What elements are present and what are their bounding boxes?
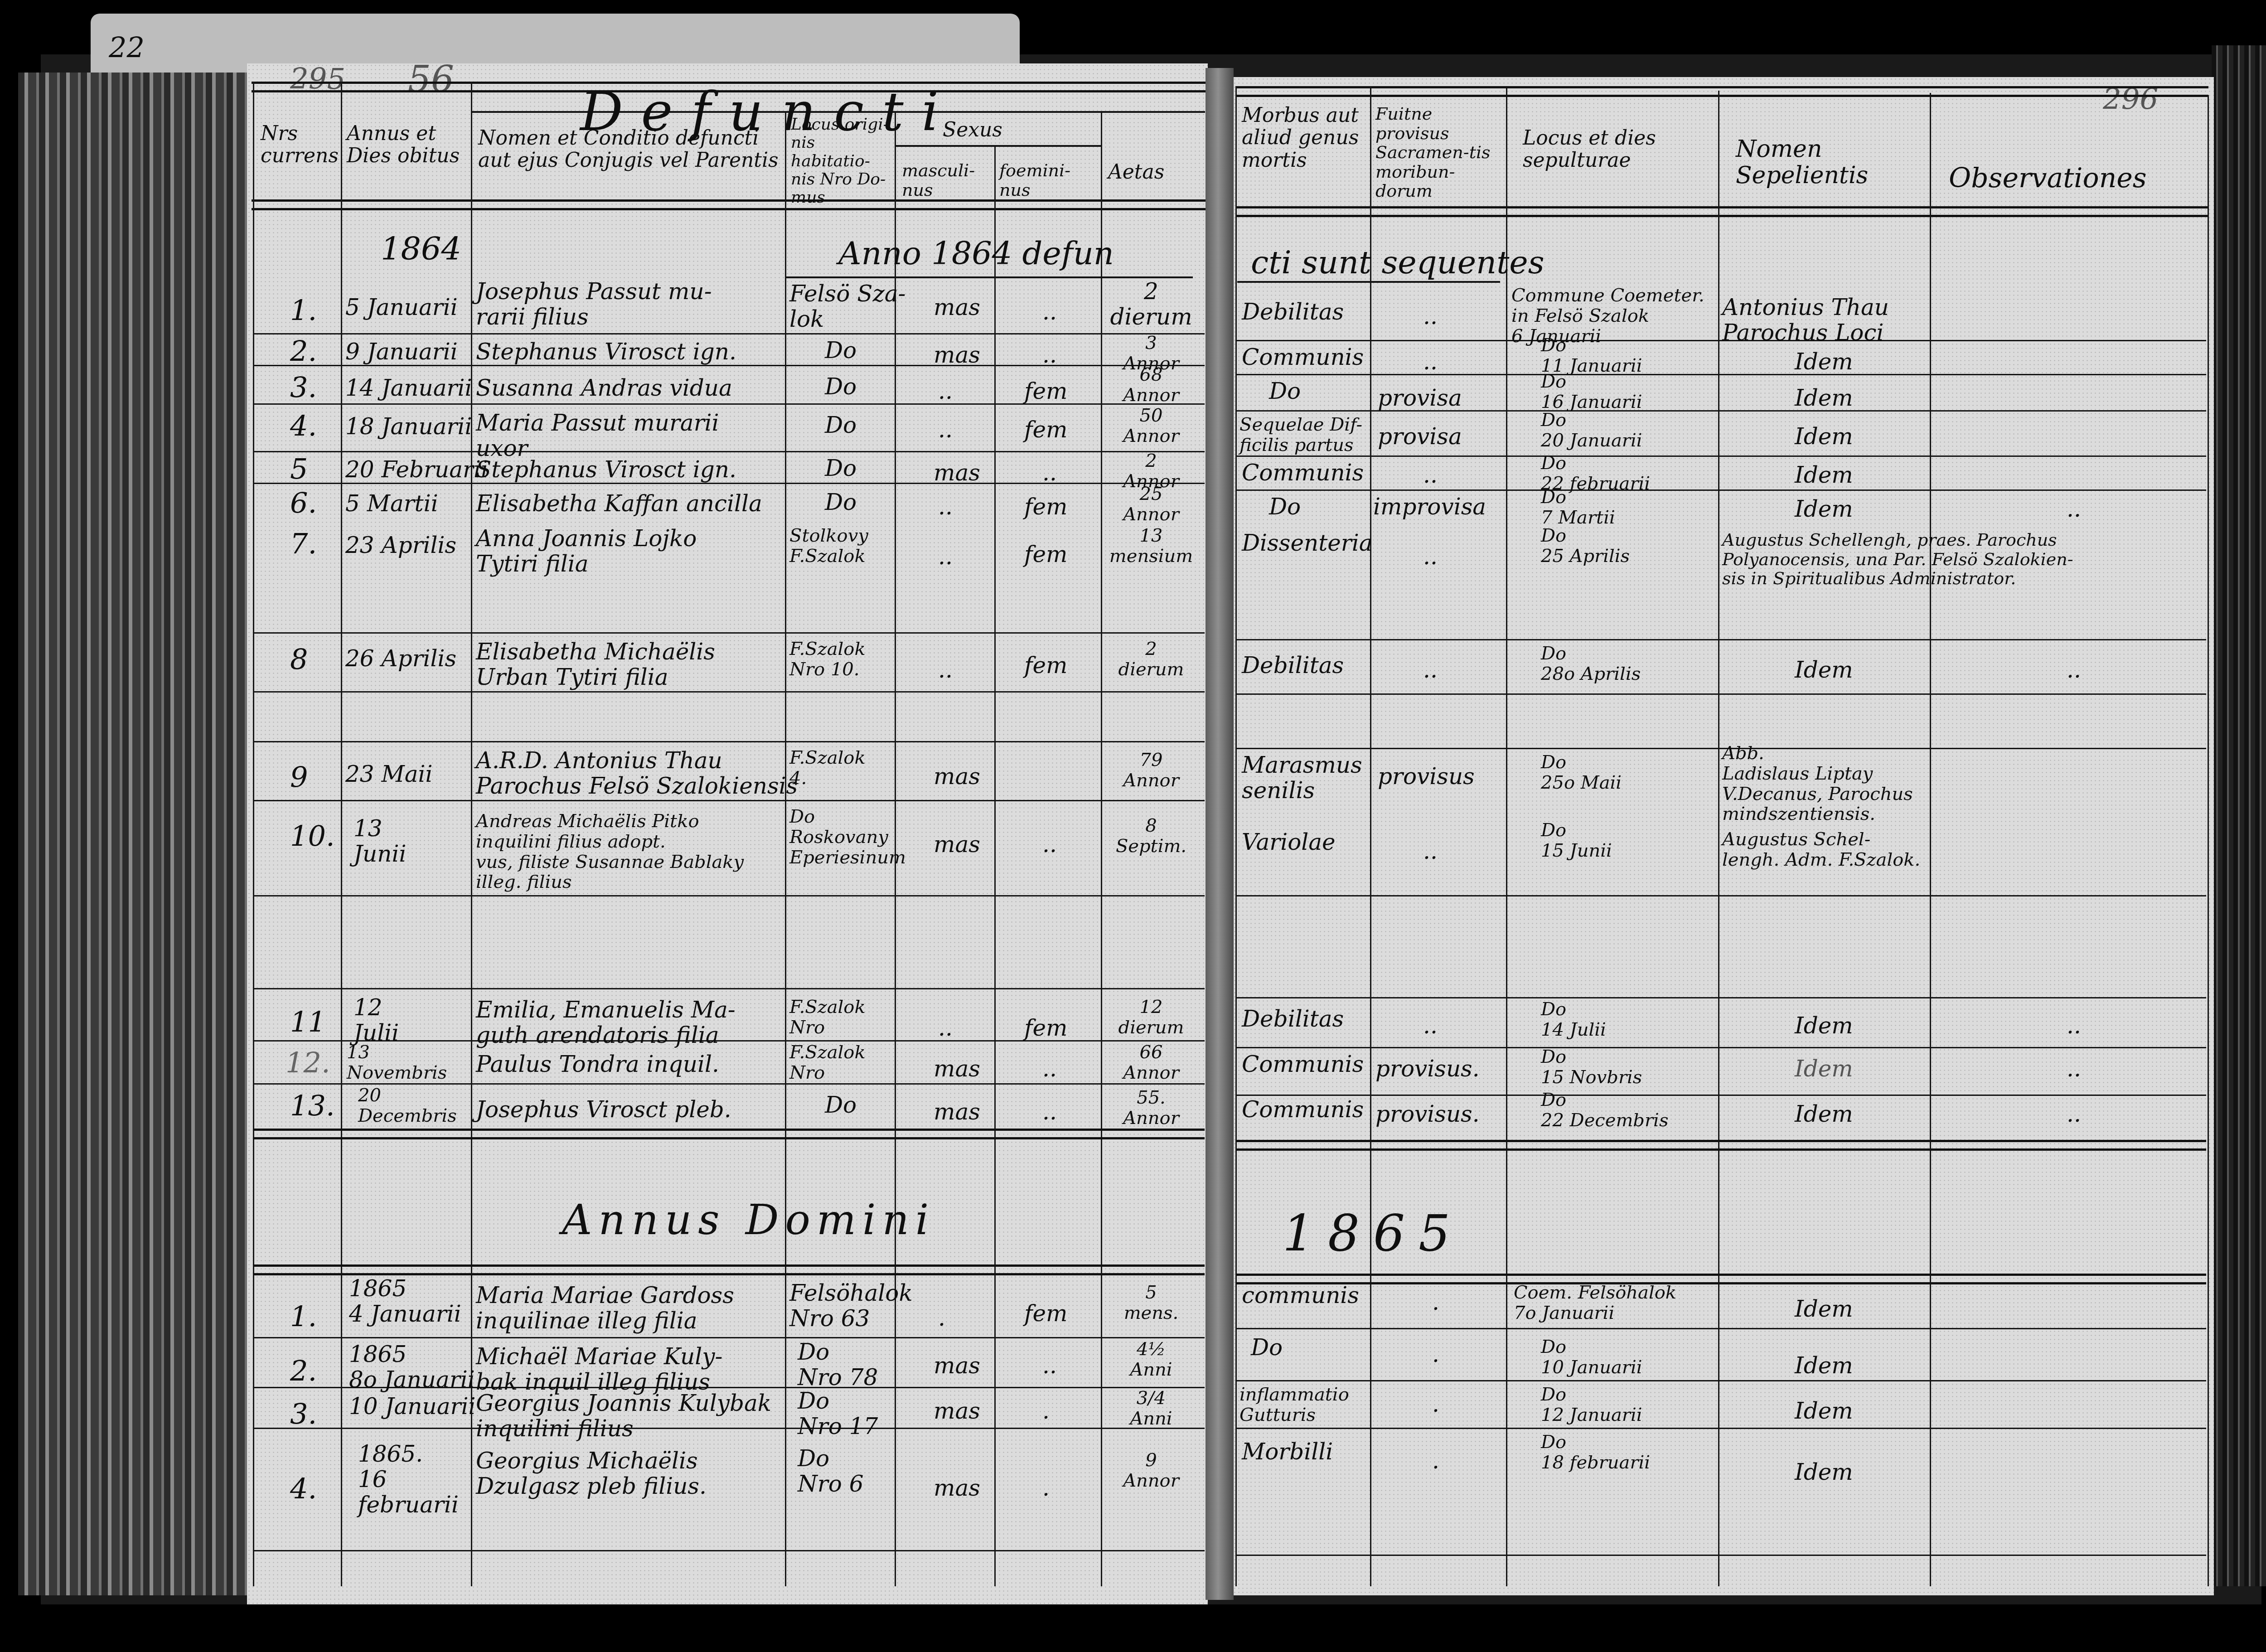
sacraments-provided: provisus xyxy=(1378,764,1475,789)
deceased-name: A.R.D. Antonius Thau Parochus Felsö Szal… xyxy=(476,748,798,799)
sacraments-provided: . xyxy=(1432,1342,1439,1367)
burial-place-date: Do 10 Januarii xyxy=(1541,1337,1642,1378)
sacraments-provided: .. xyxy=(1423,349,1438,374)
date-of-death: 1865 4 Januarii xyxy=(349,1276,461,1327)
date-of-death: 12 Julii xyxy=(353,995,399,1046)
header-observationes: Observationes xyxy=(1949,163,2147,194)
folio-number: 56 xyxy=(408,59,454,100)
sacraments-provided: .. xyxy=(1423,304,1438,329)
cause-of-death: Communis xyxy=(1242,344,1364,370)
officiant-name: Idem xyxy=(1795,1398,1853,1424)
sex-male: mas xyxy=(934,1353,980,1378)
date-of-death: 10 Januarii xyxy=(349,1394,475,1419)
row-number: 11 xyxy=(290,1006,326,1037)
sacraments-provided: provisa xyxy=(1378,385,1462,411)
observation: .. xyxy=(2067,1056,2081,1081)
header-masculinus: masculi-nus xyxy=(902,161,990,199)
age: 25 Annor xyxy=(1106,484,1196,525)
place-of-origin: Felsö Sza- lok xyxy=(789,281,906,332)
officiant-name: Idem xyxy=(1795,349,1853,374)
date-of-death: 23 Aprilis xyxy=(345,533,456,558)
sex-male: .. xyxy=(938,1015,953,1041)
sex-male: mas xyxy=(934,1056,980,1081)
header-provisus: Fuitne provisus Sacramen-tis moribun-dor… xyxy=(1375,104,1502,201)
burial-place-date: Do 12 Januarii xyxy=(1541,1385,1642,1425)
burial-place-date: Do 25 Aprilis xyxy=(1541,526,1630,567)
officiant-name: Idem xyxy=(1795,657,1853,683)
cause-of-death: Dissenteria xyxy=(1242,530,1373,556)
date-of-death: 20 Februarii xyxy=(345,457,488,482)
sex-female: .. xyxy=(1042,832,1057,857)
row-number: 8 xyxy=(290,644,308,675)
header-nomen-sepelientis: Nomen Sepelientis xyxy=(1736,136,1926,189)
officiant-name: Idem xyxy=(1795,1459,1853,1485)
burial-place-date: Do 14 Julii xyxy=(1541,999,1606,1040)
officiant-name: Idem xyxy=(1795,1056,1853,1081)
observation: .. xyxy=(2067,1101,2081,1127)
place-of-origin: Do Nro 6 xyxy=(798,1446,863,1497)
place-of-origin: Do xyxy=(825,489,857,515)
burial-place-date: Do 28o Aprilis xyxy=(1541,644,1641,684)
date-of-death: 26 Aprilis xyxy=(345,646,456,671)
place-of-origin: Do xyxy=(825,1092,857,1118)
row-number: 2. xyxy=(290,1355,317,1386)
row-number: 10. xyxy=(290,820,335,852)
row-number: 5 xyxy=(290,453,308,484)
age: 55. Annor xyxy=(1106,1088,1196,1129)
place-of-origin: Stolkovy F.Szalok xyxy=(789,526,868,567)
deceased-name: Elisabetha Kaffan ancilla xyxy=(476,491,762,516)
sex-female: . xyxy=(1042,1475,1050,1501)
age: 50 Annor xyxy=(1106,406,1196,446)
sacraments-provided: improvisa xyxy=(1373,494,1486,519)
book-tab-number: 22 xyxy=(109,32,145,63)
header-sexus: Sexus xyxy=(943,119,1002,141)
sex-male: .. xyxy=(938,378,953,404)
age: 79 Annor xyxy=(1106,750,1196,791)
sex-male: mas xyxy=(934,460,980,485)
age: 66 Annor xyxy=(1106,1042,1196,1083)
officiant-name: Abb. Ladislaus Liptay V.Decanus, Parochu… xyxy=(1722,743,1913,824)
sacraments-provided: provisa xyxy=(1378,424,1462,449)
cause-of-death: Do xyxy=(1269,378,1301,404)
row-number: 6. xyxy=(290,487,317,518)
deceased-name: Michaël Mariae Kuly- bak inquil illeg fi… xyxy=(476,1344,722,1395)
year-banner-right: cti sunt sequentes xyxy=(1251,245,1545,280)
sex-male: mas xyxy=(934,764,980,789)
sex-male: .. xyxy=(938,494,953,519)
header-aetas: Aetas xyxy=(1108,161,1164,183)
deceased-name: Paulus Tondra inquil. xyxy=(476,1051,719,1077)
sex-female: .. xyxy=(1042,1099,1057,1124)
row-number: 3. xyxy=(290,1398,317,1429)
deceased-name: Anna Joannis Lojko Tytiri filia xyxy=(476,526,697,577)
officiant-name: Augustus Schel- lengh. Adm. F.Szalok. xyxy=(1722,829,1920,870)
place-of-origin: F.Szalok Nro xyxy=(789,1042,866,1083)
sex-female: fem xyxy=(1024,494,1068,519)
sex-female: fem xyxy=(1024,378,1068,404)
sex-male: mas xyxy=(934,832,980,857)
sacraments-provided: provisus. xyxy=(1375,1101,1480,1127)
officiant-name: Idem xyxy=(1795,496,1853,522)
deceased-name: Emilia, Emanuelis Ma- guth arendatoris f… xyxy=(476,997,736,1048)
burial-place-date: Do 25o Maii xyxy=(1541,752,1622,793)
age: 13 mensium xyxy=(1106,526,1196,567)
age: 9 Annor xyxy=(1106,1450,1196,1491)
header-locus-originis: Locus origi-nis habitatio-nis Nro Do-mus xyxy=(791,116,893,207)
date-of-death: 14 Januarii xyxy=(345,375,472,401)
sex-female: .. xyxy=(1042,1353,1057,1378)
date-of-death: 1865. 16 februarii xyxy=(358,1441,459,1517)
sex-male: .. xyxy=(938,657,953,683)
age: 4½ Anni xyxy=(1106,1339,1196,1380)
sacraments-provided: .. xyxy=(1423,657,1438,683)
sacraments-provided: . xyxy=(1432,1448,1439,1473)
deceased-name: Stephanus Virosct ign. xyxy=(476,339,736,364)
row-number: 2. xyxy=(290,335,317,367)
cause-of-death: Variolae xyxy=(1242,829,1336,855)
sex-female: .. xyxy=(1042,342,1057,368)
sex-female: fem xyxy=(1024,1301,1068,1326)
date-of-death: 1865 8o Januarii xyxy=(349,1342,475,1392)
row-number: 1. xyxy=(290,1301,317,1332)
deceased-name: Georgius Michaëlis Dzulgasz pleb filius. xyxy=(476,1448,707,1499)
burial-place-date: Do 11 Januarii xyxy=(1541,335,1642,376)
place-of-origin: Do xyxy=(825,412,857,438)
burial-place-date: Do 22 Decembris xyxy=(1541,1090,1668,1131)
deceased-name: Andreas Michaëlis Pitko inquilini filius… xyxy=(476,811,784,892)
officiant-name: Idem xyxy=(1795,424,1853,449)
cause-of-death: inflammatio Gutturis xyxy=(1240,1385,1349,1425)
place-of-origin: Felsöhalok Nro 63 xyxy=(789,1280,913,1331)
burial-place-date: Do 15 Novbris xyxy=(1541,1047,1642,1088)
sex-male: mas xyxy=(934,1475,980,1501)
sex-male: . xyxy=(938,1305,945,1331)
burial-place-date: Coem. Felsöhalok 7o Januarii xyxy=(1514,1283,1676,1323)
burial-place-date: Do 15 Junii xyxy=(1541,820,1612,861)
section-year-1865: 1865 xyxy=(1283,1206,1464,1261)
observation: .. xyxy=(2067,1013,2081,1038)
row-number: 1. xyxy=(290,295,317,326)
observation: .. xyxy=(2067,657,2081,683)
header-nomen-conditio: Nomen et Conditio defuncti aut ejus Conj… xyxy=(478,127,782,172)
age: 12 dierum xyxy=(1106,997,1196,1038)
deceased-name: Susanna Andras vidua xyxy=(476,375,732,401)
cause-of-death: Morbilli xyxy=(1242,1439,1333,1464)
cause-of-death: Marasmus senilis xyxy=(1242,752,1362,803)
sex-female: .. xyxy=(1042,460,1057,485)
sacraments-provided: . xyxy=(1432,1391,1439,1417)
sex-female: fem xyxy=(1024,417,1068,442)
book-spine-gutter xyxy=(1206,68,1234,1600)
burial-place-date: Do 16 Januarii xyxy=(1541,372,1642,412)
date-of-death: 23 Maii xyxy=(345,761,433,787)
row-number: 3. xyxy=(290,372,317,403)
place-of-origin: Do Nro 17 xyxy=(798,1388,878,1439)
deceased-name: Josephus Virosct pleb. xyxy=(476,1097,731,1122)
header-locus-dies-sepulturae: Locus et dies sepulturae xyxy=(1523,127,1713,172)
place-of-origin: Do xyxy=(825,338,857,363)
date-of-death: 5 Martii xyxy=(345,491,438,516)
age: 5 mens. xyxy=(1106,1283,1196,1323)
cause-of-death: Debilitas xyxy=(1242,1006,1344,1032)
place-of-origin: F.Szalok 4. xyxy=(789,748,866,789)
burial-place-date: Do 20 Januarii xyxy=(1541,410,1642,451)
header-morbus: Morbus aut aliud genus mortis xyxy=(1242,104,1366,171)
sex-female: fem xyxy=(1024,653,1068,678)
deceased-name: Elisabetha Michaëlis Urban Tytiri filia xyxy=(476,639,715,690)
cause-of-death: Communis xyxy=(1242,460,1364,485)
sex-male: mas xyxy=(934,1099,980,1124)
date-of-death: 18 Januarii xyxy=(345,414,472,439)
date-of-death: 5 Januarii xyxy=(345,295,458,320)
observation: .. xyxy=(2067,496,2081,522)
book-page-edges-left xyxy=(18,73,254,1595)
book-page-edges-right xyxy=(2212,45,2266,1586)
sex-male: mas xyxy=(934,1398,980,1424)
cause-of-death: Debilitas xyxy=(1242,653,1344,678)
date-of-death: 13 Junii xyxy=(353,816,406,867)
officiant-name: Augustus Schellengh, praes. Parochus Pol… xyxy=(1722,530,2207,588)
row-number: 12. xyxy=(286,1047,330,1078)
place-of-origin: Do xyxy=(825,455,857,481)
sex-male: mas xyxy=(934,342,980,368)
age: 2 dierum xyxy=(1106,639,1196,680)
row-number: 4. xyxy=(290,1473,317,1504)
officiant-name: Idem xyxy=(1795,1101,1853,1127)
cause-of-death: Communis xyxy=(1242,1051,1364,1077)
year-banner-left: Anno 1864 defun xyxy=(838,236,1114,271)
age: 3/4 Anni xyxy=(1106,1388,1196,1429)
place-of-origin: F.Szalok Nro 10. xyxy=(789,639,866,680)
row-number: 13. xyxy=(290,1090,335,1121)
sacraments-provided: .. xyxy=(1423,1013,1438,1038)
date-of-death: 20 Decembris xyxy=(358,1085,457,1126)
place-of-origin: F.Szalok Nro xyxy=(789,997,866,1038)
age: 68 Annor xyxy=(1106,365,1196,406)
year-1864-label: 1864 xyxy=(381,231,461,266)
cause-of-death: Sequelae Dif- ficilis partus xyxy=(1240,415,1362,455)
officiant-name: Idem xyxy=(1795,385,1853,411)
header-numerus-currens: Nrs currens xyxy=(261,122,338,167)
sex-male: .. xyxy=(938,544,953,569)
burial-place-date: Do 7 Martii xyxy=(1541,487,1615,528)
row-number: 9 xyxy=(290,761,308,793)
officiant-name: Antonius Thau Parochus Loci xyxy=(1722,295,1889,345)
sex-male: .. xyxy=(938,417,953,442)
sacraments-provided: .. xyxy=(1423,462,1438,488)
sex-female: .. xyxy=(1042,299,1057,325)
sex-female: fem xyxy=(1024,1015,1068,1041)
officiant-name: Idem xyxy=(1795,1353,1853,1378)
age: 8 Septim. xyxy=(1106,816,1196,857)
header-annus-dies-obitus: Annus et Dies obitus xyxy=(347,122,469,167)
deceased-name: Josephus Passut mu- rarii filius xyxy=(476,279,712,329)
deceased-name: Maria Passut murarii uxor xyxy=(476,410,719,461)
place-of-origin: Do Roskovany Eperiesinum xyxy=(789,807,906,867)
place-of-origin: Do xyxy=(825,374,857,399)
age: 2 dierum xyxy=(1106,279,1196,329)
sex-female: .. xyxy=(1042,1056,1057,1081)
cause-of-death: Debilitas xyxy=(1242,299,1344,325)
date-of-death: 9 Januarii xyxy=(345,339,458,364)
officiant-name: Idem xyxy=(1795,1013,1853,1038)
sex-male: mas xyxy=(934,295,980,320)
place-of-origin: Do Nro 78 xyxy=(798,1339,878,1390)
row-number: 4. xyxy=(290,410,317,441)
cause-of-death: Do xyxy=(1251,1335,1283,1360)
sacraments-provided: . xyxy=(1432,1289,1439,1315)
date-of-death: 13 Novembris xyxy=(347,1042,447,1083)
row-number: 7. xyxy=(290,528,317,559)
deceased-name: Stephanus Virosct ign. xyxy=(476,457,736,482)
sacraments-provided: .. xyxy=(1423,838,1438,864)
officiant-name: Idem xyxy=(1795,462,1853,488)
deceased-name: Maria Mariae Gardoss inquilinae illeg fi… xyxy=(476,1283,734,1333)
sex-female: . xyxy=(1042,1398,1050,1424)
header-foemininus: foemini-nus xyxy=(999,161,1097,199)
sacraments-provided: .. xyxy=(1423,544,1438,569)
sacraments-provided: provisus. xyxy=(1375,1056,1480,1081)
burial-place-date: Do 18 februarii xyxy=(1541,1432,1650,1473)
sex-female: fem xyxy=(1024,542,1068,567)
cause-of-death: communis xyxy=(1242,1283,1359,1308)
officiant-name: Idem xyxy=(1795,1296,1853,1322)
deceased-name: Georgius Joannis Kulybak inquilini filiu… xyxy=(476,1390,771,1441)
cause-of-death: Communis xyxy=(1242,1097,1364,1122)
section-heading-annus-domini: Annus Domini xyxy=(562,1197,935,1243)
cause-of-death: Do xyxy=(1269,494,1301,519)
